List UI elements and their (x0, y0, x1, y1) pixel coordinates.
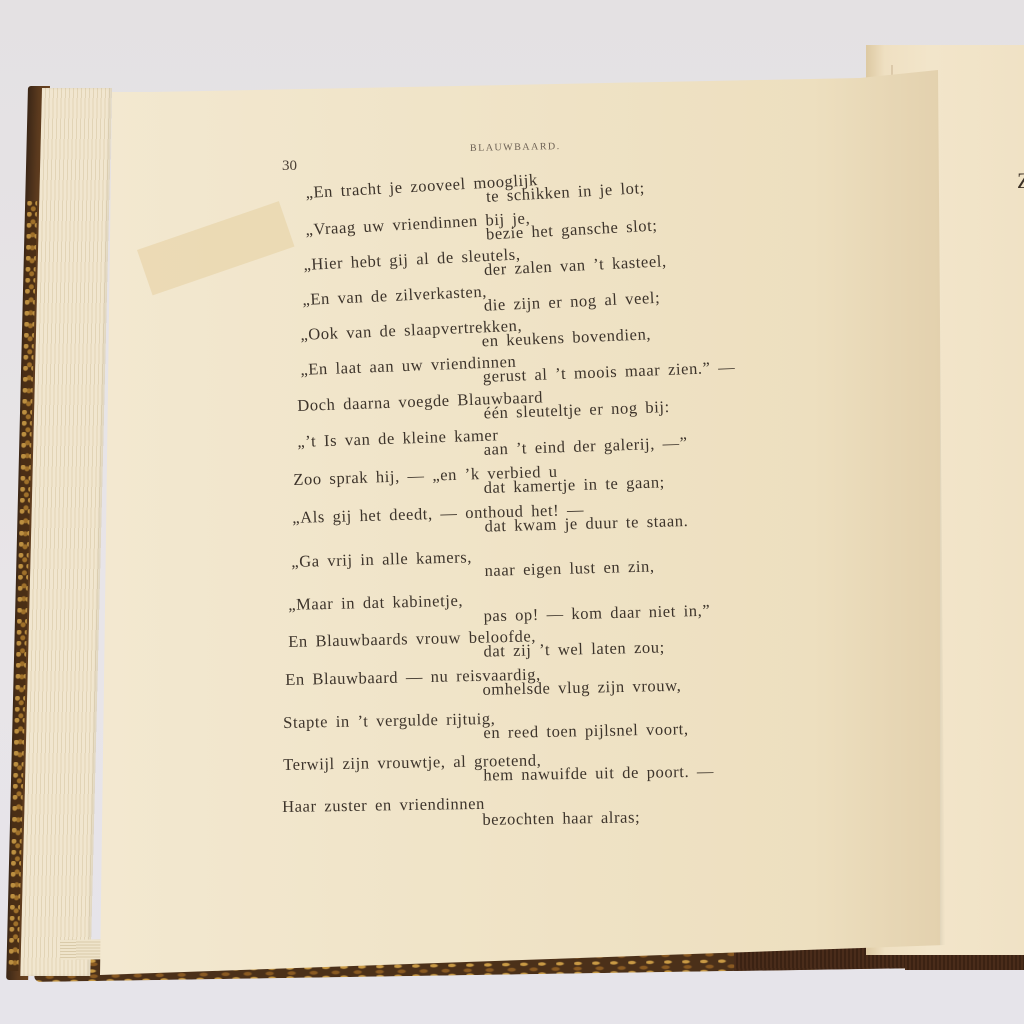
photo-scene: Z BLAUWBAARD. 30 „En tracht je zooveel m… (0, 0, 1024, 1024)
running-head: BLAUWBAARD. (470, 141, 561, 154)
right-page-glyph: Z (1017, 168, 1024, 194)
page-number: 30 (282, 158, 297, 175)
